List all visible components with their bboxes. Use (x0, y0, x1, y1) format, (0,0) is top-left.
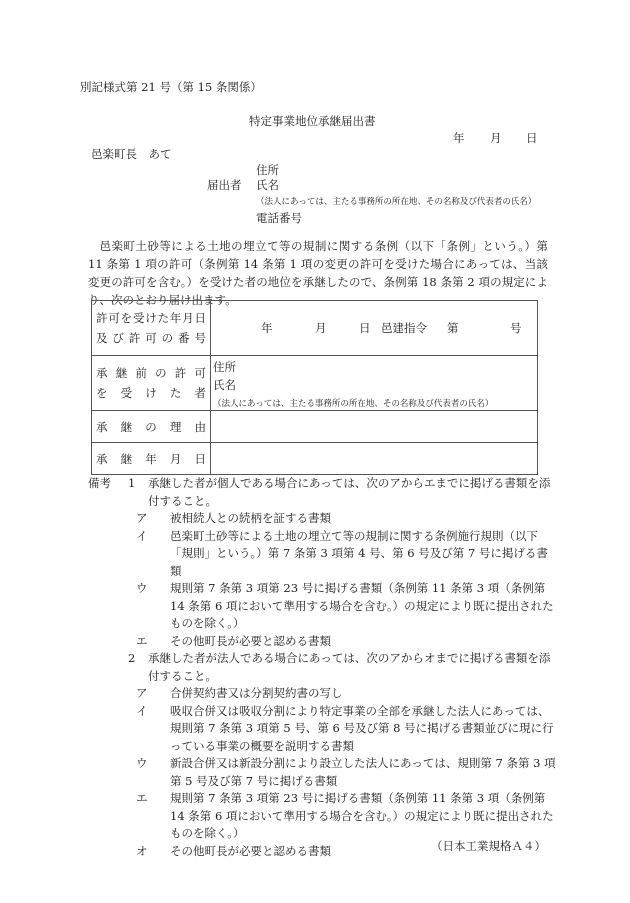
table-row-succession-date: 承継年月日 (92, 443, 538, 475)
sub-key: イ (136, 703, 148, 721)
char: 年 (145, 449, 157, 469)
char: け (145, 308, 157, 328)
date-year: 年 (453, 130, 465, 146)
char: 継 (121, 417, 133, 437)
char: 許 (129, 328, 141, 348)
date-day: 日 (526, 130, 538, 146)
permit-month: 月 (315, 320, 327, 336)
table-row-permit: 許可を受けた年月日 及び許可の番号 年 月 日 邑建指令 第 号 (92, 301, 538, 356)
label-line: を受けた者 (96, 383, 206, 403)
sub-text: 吸収合併又は吸収分割により特定事業の全部を承継した法人にあっては、規則第 7 条… (170, 703, 558, 756)
char: び (112, 328, 124, 348)
label-line: 及び許可の番号 (96, 328, 206, 348)
char: た (158, 308, 170, 328)
sub-text: 邑楽町土砂等による土地の埋立て等の規制に関する条例施行規則（以下「規則」という。… (170, 528, 558, 581)
table-row-previous-holder: 承継前の許可 を受けた者 住所 氏名 （法人にあっては、主たる事務所の所在地、そ… (92, 356, 538, 411)
char: の (162, 328, 174, 348)
succession-table: 許可を受けた年月日 及び許可の番号 年 月 日 邑建指令 第 号 承継前の許可 … (91, 300, 538, 475)
label-line: 許可を受けた年月日 (96, 308, 206, 328)
previous-holder-field[interactable]: 住所 氏名 （法人にあっては、主たる事務所の所在地、その名称及び代表者の氏名） (211, 356, 538, 411)
note-number: 2 (128, 650, 135, 668)
char: 理 (170, 417, 182, 437)
char: 者 (195, 383, 207, 403)
note-item-2: 2 承継した者が法人である場合にあっては、次のアからオまでに掲げる書類を添付する… (88, 650, 558, 860)
sub-key: イ (136, 528, 148, 546)
note-item-1: 備考 1 承継した者が個人である場合にあっては、次のアからエまでに掲げる書類を添… (88, 475, 558, 650)
label-line: 承継前の許可 (96, 363, 206, 383)
sub-text: 規則第 7 条第 3 項第 23 号に掲げる書類（条例第 11 条第 3 項（条… (170, 790, 558, 843)
notifier-phone-label: 電話番号 (256, 210, 302, 226)
sub-text: その他町長が必要と認める書類 (170, 633, 558, 651)
char: の (155, 363, 167, 383)
label-succession-date: 承継年月日 (92, 443, 211, 475)
note-sub-item: ウ新設合併又は新設分割により設立した法人にあっては、規則第 7 条第 3 項第 … (136, 755, 558, 790)
form-number: 別記様式第 21 号（第 15 条関係） (80, 79, 262, 95)
char: 許 (96, 308, 108, 328)
notes-section: 備考 1 承継した者が個人である場合にあっては、次のアからエまでに掲げる書類を添… (88, 475, 558, 860)
char: 継 (116, 363, 128, 383)
table-row-reason: 承継の理由 (92, 411, 538, 443)
char: 月 (182, 308, 194, 328)
addressee: 邑楽町長 あて (91, 146, 172, 162)
char: 可 (108, 308, 120, 328)
sub-key: エ (136, 790, 148, 808)
note-sub-item: ア被相続人との続柄を証する書類 (136, 510, 558, 528)
char: た (170, 383, 182, 403)
char: を (96, 383, 108, 403)
char: 日 (195, 308, 207, 328)
char: 日 (195, 449, 207, 469)
paper-size-footer: （日本工業規格Ａ４） (431, 838, 546, 854)
prev-address-label: 住所 (213, 359, 236, 375)
sub-key: エ (136, 633, 148, 651)
char: 承 (96, 449, 108, 469)
char: 承 (96, 417, 108, 437)
permit-go: 号 (510, 320, 522, 336)
body-paragraph: 邑楽町土砂等による土地の埋立て等の規制に関する条例（以下「条例」という。）第 1… (88, 237, 548, 309)
note-sub-item: エ規則第 7 条第 3 項第 23 号に掲げる書類（条例第 11 条第 3 項（… (136, 790, 558, 843)
notifier-label: 届出者 (207, 177, 242, 193)
note-sub-item: ウ規則第 7 条第 3 項第 23 号に掲げる書類（条例第 11 条第 3 項（… (136, 580, 558, 633)
permit-date-number-field[interactable]: 年 月 日 邑建指令 第 号 (211, 301, 538, 356)
char: 番 (178, 328, 190, 348)
prev-name-label: 氏名 (213, 377, 236, 393)
label-reason: 承継の理由 (92, 411, 211, 443)
sub-key: ウ (136, 580, 148, 598)
sub-text: 被相続人との続柄を証する書類 (170, 510, 558, 528)
char: け (145, 383, 157, 403)
sub-key: オ (136, 843, 148, 861)
char: 許 (175, 363, 187, 383)
char: 継 (121, 449, 133, 469)
permit-day: 日 (359, 320, 371, 336)
date-month: 月 (490, 130, 502, 146)
char: 年 (170, 308, 182, 328)
notifier-address-label: 住所 (256, 162, 279, 178)
permit-prefix: 邑建指令 (381, 320, 427, 336)
note-number: 1 (128, 475, 135, 493)
char: 承 (96, 363, 108, 383)
char: 号 (194, 328, 206, 348)
label-line: 承継年月日 (96, 449, 206, 469)
char: 可 (194, 363, 206, 383)
note-text: 承継した者が法人である場合にあっては、次のアからオまでに掲げる書類を添付すること… (148, 650, 558, 685)
char: 受 (121, 383, 133, 403)
sub-text: 合併契約書又は分割契約書の写し (170, 685, 558, 703)
notes-header: 備考 (88, 475, 111, 493)
char: 可 (145, 328, 157, 348)
label-permit-date-number: 許可を受けた年月日 及び許可の番号 (92, 301, 211, 356)
notifier-corporate-note: （法人にあっては、主たる事務所の所在地、その名称及び代表者の氏名） (256, 195, 536, 207)
permit-year: 年 (261, 320, 273, 336)
char: 及 (96, 328, 108, 348)
label-previous-holder: 承継前の許可 を受けた者 (92, 356, 211, 411)
label-line: 承継の理由 (96, 417, 206, 437)
note-sub-item: イ吸収合併又は吸収分割により特定事業の全部を承継した法人にあっては、規則第 7 … (136, 703, 558, 756)
sub-key: ウ (136, 755, 148, 773)
note-sub-item: ア合併契約書又は分割契約書の写し (136, 685, 558, 703)
note-text: 承継した者が個人である場合にあっては、次のアからエまでに掲げる書類を添付すること… (148, 475, 558, 510)
char: 月 (170, 449, 182, 469)
notifier-name-label: 氏名 (256, 177, 279, 193)
prev-corporate-note: （法人にあっては、主たる事務所の所在地、その名称及び代表者の氏名） (213, 397, 493, 409)
char: の (145, 417, 157, 437)
note-sub-item: エその他町長が必要と認める書類 (136, 633, 558, 651)
reason-field[interactable] (211, 411, 538, 443)
document-title: 特定事業地位承継届出書 (249, 113, 376, 129)
permit-dai: 第 (447, 320, 459, 336)
sub-text: 規則第 7 条第 3 項第 23 号に掲げる書類（条例第 11 条第 3 項（条… (170, 580, 558, 633)
sub-text: 新設合併又は新設分割により設立した法人にあっては、規則第 7 条第 3 項第 5… (170, 755, 558, 790)
note-sub-item: イ邑楽町土砂等による土地の埋立て等の規制に関する条例施行規則（以下「規則」という… (136, 528, 558, 581)
sub-key: ア (136, 510, 148, 528)
sub-key: ア (136, 685, 148, 703)
char: 受 (133, 308, 145, 328)
char: 由 (195, 417, 207, 437)
char: を (121, 308, 133, 328)
char: 前 (135, 363, 147, 383)
succession-date-field[interactable] (211, 443, 538, 475)
